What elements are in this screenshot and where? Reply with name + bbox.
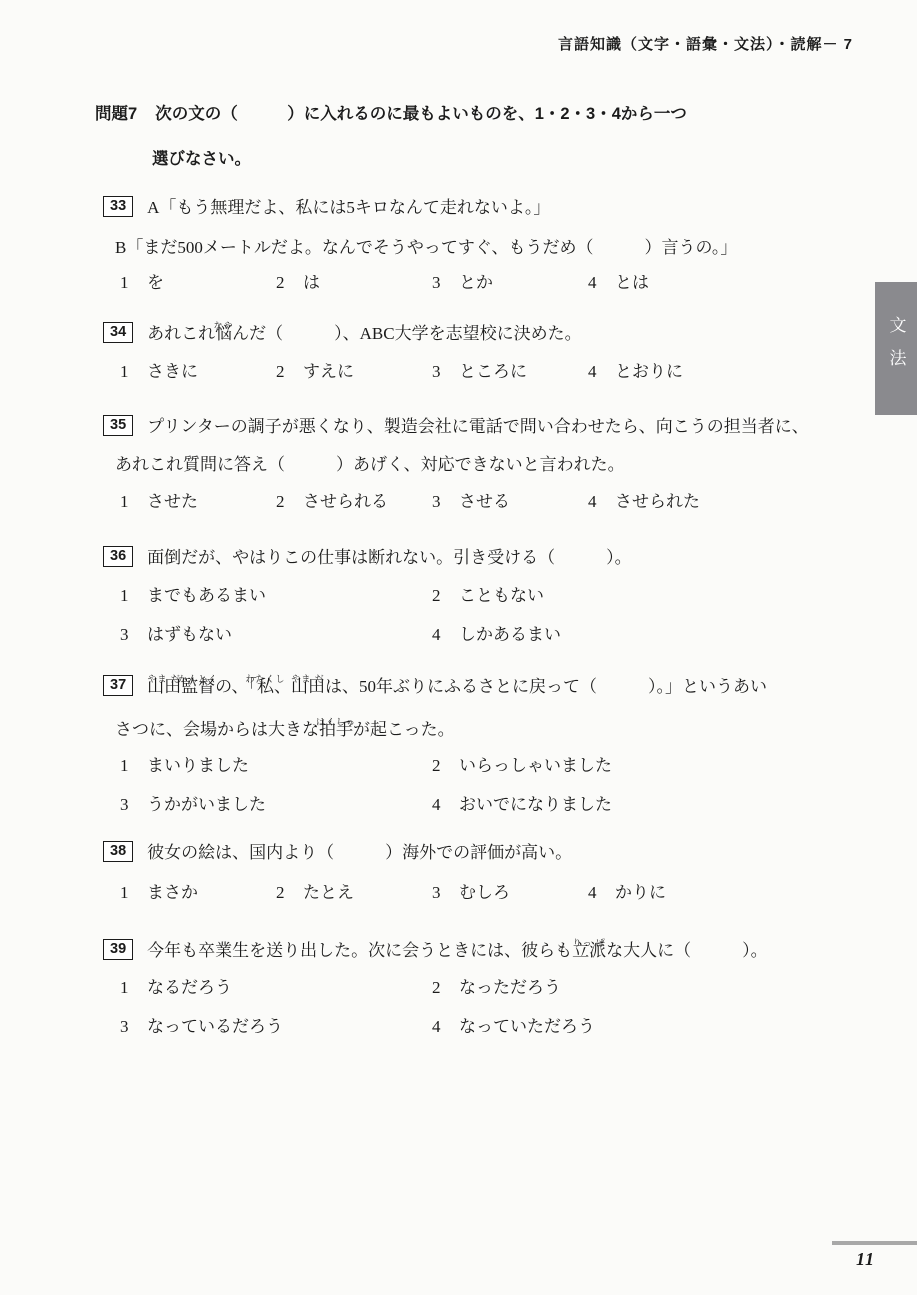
question-stem-line: B「まだ500メートルだよ。なんでそうやってすぐ、もうだめ（ ）言うの。」 (115, 236, 863, 260)
option-number: 4 (588, 271, 601, 295)
option-item: 4とは (588, 271, 744, 295)
options-row: 1まいりました 2いらっしゃいました (120, 754, 863, 778)
option-text: は (303, 271, 320, 295)
options-row: 3はずもない 4しかあるまい (120, 623, 863, 647)
question-stem-line: あれこれ質問に答え（ ）あげく、対応できないと言われた。 (115, 453, 863, 477)
option-text: いらっしゃいました (459, 754, 612, 778)
option-item: 3なっているだろう (120, 1015, 432, 1039)
option-item: 2すえに (276, 360, 432, 384)
doc-header: 言語知識（文字・語彙・文法）・読解－ 7 (558, 33, 853, 54)
instruction-label: 問題7 (95, 100, 137, 124)
option-item: 4かりに (588, 881, 744, 905)
footer-rule (832, 1241, 917, 1245)
option-number: 3 (120, 793, 133, 817)
question-number-box: 33 (103, 196, 133, 217)
option-text: とおりに (615, 360, 683, 384)
option-text: させられる (303, 490, 388, 514)
option-item: 3むしろ (432, 881, 588, 905)
option-text: ところに (459, 360, 527, 384)
option-text: まさか (147, 881, 198, 905)
option-text: こともない (459, 584, 544, 608)
option-item: 4おいでになりました (432, 793, 744, 817)
option-number: 4 (588, 490, 601, 514)
options-row: 1まさか 2たとえ 3むしろ 4かりに (120, 881, 863, 905)
options-row: 1を 2は 3とか 4とは (120, 271, 863, 295)
page-number: 11 (856, 1249, 875, 1270)
question-37: 37 山田やま だ監督かんとくの、「私わたくし、山田やま だは、50年ぶりにふる… (103, 675, 863, 817)
option-number: 3 (432, 490, 445, 514)
option-number: 2 (432, 754, 445, 778)
question-stem-line: 今年も卒業生を送り出した。次に会うときには、彼らも立派りっ ぱな大人に（ ）。 (147, 939, 768, 963)
option-item: 1させた (120, 490, 276, 514)
option-text: かりに (615, 881, 666, 905)
option-item: 2こともない (432, 584, 744, 608)
option-item: 1を (120, 271, 276, 295)
question-number-box: 38 (103, 841, 133, 862)
option-number: 1 (120, 584, 133, 608)
option-item: 2たとえ (276, 881, 432, 905)
question-35: 35 プリンターの調子が悪くなり、製造会社に電話で問い合わせたら、向こうの担当者… (103, 415, 863, 514)
option-number: 1 (120, 881, 133, 905)
option-item: 3はずもない (120, 623, 432, 647)
option-number: 3 (432, 881, 445, 905)
option-item: 3させる (432, 490, 588, 514)
option-text: させた (147, 490, 198, 514)
option-text: なっているだろう (147, 1015, 283, 1039)
options-row: 1までもあるまい 2こともない (120, 584, 863, 608)
question-stem-line: A「もう無理だよ、私には5キロなんて走れないよ。」 (147, 196, 550, 220)
option-text: とは (615, 271, 649, 295)
option-number: 4 (588, 881, 601, 905)
option-number: 4 (588, 360, 601, 384)
option-item: 2いらっしゃいました (432, 754, 744, 778)
option-number: 2 (276, 881, 289, 905)
question-38: 38 彼女の絵は、国内より（ ）海外での評価が高い。 1まさか 2たとえ 3むし… (103, 841, 863, 905)
option-text: なっていただろう (459, 1015, 595, 1039)
question-stem-line: 山田やま だ監督かんとくの、「私わたくし、山田やま だは、50年ぶりにふるさとに… (147, 675, 767, 699)
section-tab-grammar: 文法 (875, 282, 917, 415)
option-number: 3 (432, 360, 445, 384)
option-item: 1まさか (120, 881, 276, 905)
option-text: とか (459, 271, 493, 295)
option-item: 4とおりに (588, 360, 744, 384)
question-33: 33 A「もう無理だよ、私には5キロなんて走れないよ。」 B「まだ500メートル… (103, 196, 863, 295)
question-39: 39 今年も卒業生を送り出した。次に会うときには、彼らも立派りっ ぱな大人に（ … (103, 939, 863, 1039)
option-item: 3ところに (432, 360, 588, 384)
option-text: させる (459, 490, 510, 514)
option-number: 2 (276, 271, 289, 295)
option-item: 1さきに (120, 360, 276, 384)
option-text: までもあるまい (147, 584, 266, 608)
option-item: 2は (276, 271, 432, 295)
option-text: なっただろう (459, 976, 561, 1000)
options-row: 3なっているだろう 4なっていただろう (120, 1015, 863, 1039)
option-text: はずもない (147, 623, 232, 647)
option-item: 1まいりました (120, 754, 432, 778)
option-text: なるだろう (147, 976, 232, 1000)
question-stem-line: プリンターの調子が悪くなり、製造会社に電話で問い合わせたら、向こうの担当者に、 (147, 415, 809, 439)
option-item: 1なるだろう (120, 976, 432, 1000)
question-number-box: 35 (103, 415, 133, 436)
instruction-text-line2: 選びなさい。 (152, 145, 687, 169)
option-text: を (147, 271, 164, 295)
option-number: 3 (432, 271, 445, 295)
option-item: 4させられた (588, 490, 744, 514)
question-36: 36 面倒だが、やはりこの仕事は断れない。引き受ける（ ）。 1までもあるまい … (103, 546, 863, 647)
options-row: 1さきに 2すえに 3ところに 4とおりに (120, 360, 863, 384)
option-text: まいりました (147, 754, 249, 778)
option-number: 4 (432, 623, 445, 647)
option-item: 3とか (432, 271, 588, 295)
option-number: 2 (432, 584, 445, 608)
question-stem-line: さつに、会場からは大きな拍手はくしゅが起こった。 (115, 718, 863, 742)
options-row: 1なるだろう 2なっただろう (120, 976, 863, 1000)
option-item: 2なっただろう (432, 976, 744, 1000)
option-number: 2 (276, 490, 289, 514)
option-number: 3 (120, 623, 133, 647)
option-number: 1 (120, 754, 133, 778)
options-row: 1させた 2させられる 3させる 4させられた (120, 490, 863, 514)
option-text: すえに (303, 360, 354, 384)
option-number: 2 (276, 360, 289, 384)
option-number: 2 (432, 976, 445, 1000)
option-item: 1までもあるまい (120, 584, 432, 608)
document-page: 言語知識（文字・語彙・文法）・読解－ 7 問題7 次の文の（ ）に入れるのに最も… (0, 0, 917, 1295)
option-item: 4なっていただろう (432, 1015, 744, 1039)
instruction-block: 問題7 次の文の（ ）に入れるのに最もよいものを、1・2・3・4から一つ 選びな… (95, 100, 687, 169)
option-number: 3 (120, 1015, 133, 1039)
option-text: しかあるまい (459, 623, 561, 647)
option-text: たとえ (303, 881, 354, 905)
question-stem-line: 彼女の絵は、国内より（ ）海外での評価が高い。 (147, 841, 572, 865)
question-34: 34 あれこれ悩なやんだ（ ）、ABC大学を志望校に決めた。 1さきに 2すえに… (103, 322, 863, 384)
question-number-box: 37 (103, 675, 133, 696)
option-number: 1 (120, 976, 133, 1000)
options-row: 3うかがいました 4おいでになりました (120, 793, 863, 817)
option-item: 3うかがいました (120, 793, 432, 817)
option-text: させられた (615, 490, 700, 514)
option-text: むしろ (459, 881, 510, 905)
option-number: 4 (432, 1015, 445, 1039)
option-number: 4 (432, 793, 445, 817)
option-text: おいでになりました (459, 793, 612, 817)
question-number-box: 39 (103, 939, 133, 960)
instruction-text-line1: 次の文の（ ）に入れるのに最もよいものを、1・2・3・4から一つ (155, 100, 687, 124)
question-number-box: 36 (103, 546, 133, 567)
option-item: 2させられる (276, 490, 432, 514)
option-text: さきに (147, 360, 198, 384)
option-text: うかがいました (147, 793, 266, 817)
option-number: 1 (120, 271, 133, 295)
option-number: 1 (120, 490, 133, 514)
option-item: 4しかあるまい (432, 623, 744, 647)
question-stem-line: 面倒だが、やはりこの仕事は断れない。引き受ける（ ）。 (147, 546, 632, 570)
question-number-box: 34 (103, 322, 133, 343)
option-number: 1 (120, 360, 133, 384)
question-stem-line: あれこれ悩なやんだ（ ）、ABC大学を志望校に決めた。 (147, 322, 581, 346)
